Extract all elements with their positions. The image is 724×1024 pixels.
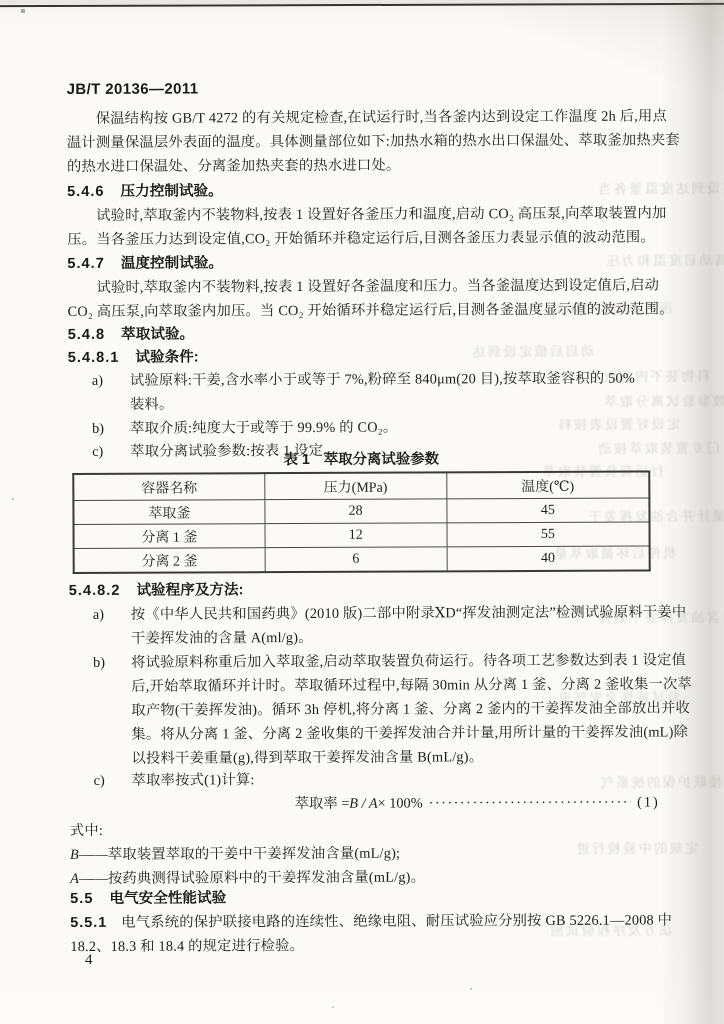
list-item-a-procedure: a) 按《中华人民共和国药典》(2010 版)二部中附录ⅩD“挥发油测定法”检测… (69, 600, 723, 651)
text-line: 温计测量保温层外表面的温度。具体测量部位如下:加热水箱的热水出口保温处、萃取釜加… (67, 128, 659, 155)
cell-pressure: 6 (265, 547, 447, 572)
text-line: 将试验原料称重后加入萃取釜,启动萃取装置负荷运行。待各项工艺参数达到表 1 设定… (131, 648, 723, 675)
text-line: 电气系统的保护联接电路的连续性、绝缘电阻、耐压试验应分别按 GB 5226.1—… (121, 912, 672, 930)
list-item-label: a) (93, 603, 104, 627)
cell-temperature: 55 (447, 522, 650, 547)
text-line: 干姜挥发油的含量 A(ml/g)。 (131, 624, 723, 651)
variable-A: A (70, 871, 79, 887)
extraction-rate-formula: 萃取率 = B / A × 100% ·····················… (295, 790, 660, 816)
text-line: 18.2、18.3 和 18.4 的规定进行检验。 (70, 932, 662, 959)
table-header-row: 容器名称 压力(MPa) 温度(℃) (73, 471, 649, 500)
text-line: 压。当各釜压力达到设定值,CO₂ 开始循环并稳定运行后,目测各釜压力表显示值的波… (67, 225, 659, 252)
list-item-b-procedure: b) 将试验原料称重后加入萃取釜,启动萃取装置负荷运行。待各项工艺参数达到表 1… (69, 648, 724, 771)
list-item-a-conditions: a) 试验原料:干姜,含水率小于或等于 7%,粉碎至 840μm(20 目),按… (68, 366, 722, 417)
document-number: JB/T 20136—2011 (67, 78, 659, 98)
table-row: 分离 1 釜 12 55 (73, 522, 649, 549)
paragraph-temperature-control: 试验时,萃取釜内不装物料,按表 1 设置好各釜温度和压力。当各釜温度达到设定值后… (67, 273, 659, 324)
text-line: 试验原料:干姜,含水率小于或等于 7%,粉碎至 840μm(20 目),按萃取釜… (130, 366, 722, 393)
where-label: 式中: (70, 816, 662, 843)
clause-title: 温度控制试验。 (121, 255, 223, 271)
list-item-label: a) (92, 369, 103, 393)
variable-B: B (70, 847, 79, 863)
cell-temperature: 40 (447, 546, 650, 571)
clause-heading-5-4-6: 5.4.6压力控制试验。 (67, 177, 659, 204)
cell-pressure: 28 (265, 499, 447, 524)
clause-number: 5.5 (70, 891, 93, 907)
formula-rhs: × 100% (378, 791, 423, 815)
scan-shadow-right (660, 0, 724, 1024)
column-header-vessel: 容器名称 (73, 473, 264, 500)
list-item-label: b) (93, 651, 105, 675)
formula-lhs: 萃取率 = (295, 792, 350, 816)
list-item-label: c) (94, 769, 105, 793)
clause-title: 电气安全性能试验 (109, 890, 226, 907)
text-line: 萃取率按式(1)计算: (132, 766, 724, 793)
table-caption: 表 1萃取分离试验参数 (72, 446, 650, 470)
text-line: 试验时,萃取釜内不装物料,按表 1 设置好各釜压力和温度,启动 CO₂ 高压泵,… (67, 201, 659, 228)
formula-variables: B / A (349, 792, 377, 816)
text-line: 的热水进口保温处、分离釜加热夹套的热水进口处。 (67, 152, 659, 179)
text-line: 保温结构按 GB/T 4272 的有关规定检查,在试运行时,当各釜内达到设定工作… (67, 104, 659, 131)
cell-vessel: 分离 2 釜 (74, 548, 265, 573)
page-content: JB/T 20136—2011 保温结构按 GB/T 4272 的有关规定检查,… (66, 0, 662, 1024)
clause-heading-5-4-8-2: 5.4.8.2试验程序及方法: (69, 576, 661, 603)
list-item-label: b) (92, 417, 104, 441)
clause-number: 5.4.7 (67, 256, 105, 272)
extraction-parameters-table: 容器名称 压力(MPa) 温度(℃) 萃取釜 28 45 分离 1 釜 12 5… (72, 470, 650, 574)
scanned-document-page: 值定设到达度温釜各当 泵压高动启度温和力压 围范动波的值示显 动启后值定设到达 … (0, 0, 724, 1024)
clause-number: 5.4.8.1 (68, 350, 120, 366)
clause-number: 5.4.6 (67, 184, 105, 200)
clause-number: 5.4.8 (68, 327, 106, 343)
column-header-temperature: 温度(℃) (447, 471, 650, 498)
text-line: 按《中华人民共和国药典》(2010 版)二部中附录ⅩD“挥发油测定法”检测试验原… (131, 600, 723, 627)
clause-heading-5-5: 5.5电气安全性能试验 (70, 884, 662, 911)
clause-number: 5.4.8.2 (69, 583, 121, 599)
clause-heading-5-4-7: 5.4.7温度控制试验。 (67, 249, 659, 276)
page-number: 4 (85, 952, 93, 969)
table-caption-title: 萃取分离试验参数 (324, 451, 439, 468)
definition-B: B——萃取装置萃取的干姜中干姜挥发油含量(mL/g); (70, 840, 662, 867)
cell-temperature: 45 (447, 498, 650, 523)
text-line: 装料。 (130, 390, 722, 417)
formula-dot-leader: ········································… (429, 791, 632, 816)
clause-title: 试验程序及方法: (136, 582, 243, 598)
scan-dust-specks (0, 0, 2, 2)
text-line: 试验时,萃取釜内不装物料,按表 1 设置好各釜温度和压力。当各釜温度达到设定值后… (67, 273, 659, 300)
clause-title: 压力控制试验。 (120, 183, 222, 199)
column-header-pressure: 压力(MPa) (264, 472, 446, 499)
definition-text: ——萃取装置萃取的干姜中干姜挥发油含量(mL/g); (79, 846, 400, 863)
table-row: 萃取釜 28 45 (73, 498, 649, 525)
definition-text: ——按药典测得试验原料中的干姜挥发油含量(mL/g)。 (79, 869, 425, 887)
table-row: 分离 2 釜 6 40 (74, 546, 650, 573)
paragraph-insulation-check: 保温结构按 GB/T 4272 的有关规定检查,在试运行时,当各釜内达到设定工作… (67, 104, 659, 179)
clause-title: 试验条件: (135, 349, 198, 365)
list-item-c-procedure: c) 萃取率按式(1)计算: (70, 766, 724, 793)
clause-title: 萃取试验。 (121, 326, 194, 342)
formula-number: (1) (637, 790, 660, 814)
text-line: 取产物(干姜挥发油)。循环 3h 停机,将分离 1 釜、分离 2 釜内的干姜挥发… (131, 696, 723, 723)
clause-number: 5.5.1 (70, 915, 107, 931)
text-line: 后,开始萃取循环并计时。萃取循环过程中,每隔 30min 从分离 1 釜、分离 … (131, 672, 723, 699)
cell-vessel: 萃取釜 (73, 500, 264, 525)
table-caption-label: 表 1 (283, 452, 309, 468)
text-line: 集。将从分离 1 釜、分离 2 釜收集的干姜挥发油合并计量,用所计量的干姜挥发油… (131, 720, 723, 747)
cell-vessel: 分离 1 釜 (73, 524, 264, 549)
paragraph-pressure-control: 试验时,萃取釜内不装物料,按表 1 设置好各釜压力和温度,启动 CO₂ 高压泵,… (67, 201, 659, 252)
paragraph-electrical-safety: 5.5.1电气系统的保护联接电路的连续性、绝缘电阻、耐压试验应分别按 GB 52… (70, 908, 662, 959)
cell-pressure: 12 (265, 523, 447, 548)
